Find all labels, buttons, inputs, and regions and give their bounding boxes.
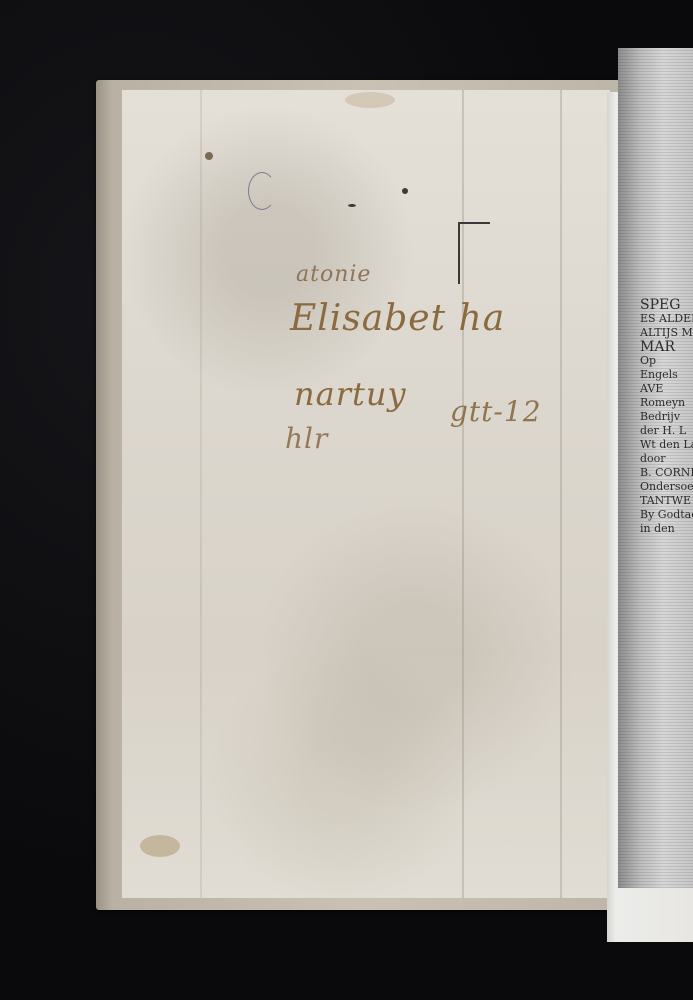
inscription-line-3: nartuy [294,375,407,413]
ink-spot [402,188,408,194]
inscription-line-2: Elisabet ha [290,298,505,339]
pastedown-paper [122,90,610,898]
paper-fold-line [462,90,464,898]
ink-spot [205,152,213,160]
paper-fold-line [560,90,562,898]
water-stain [140,835,180,857]
inscription-line-4: gtt-12 [450,395,542,428]
engraved-title-page: SPEG ES ALDER ALTIJS M MAR Op Engels AVE… [618,48,693,888]
engraved-title-text: SPEG ES ALDER ALTIJS M MAR Op Engels AVE… [640,298,693,536]
pencil-circle-mark [248,172,276,210]
inscription-line-5: hlr [285,422,328,455]
ink-spot [348,204,356,207]
paper-fold-line [200,90,202,898]
inscription-line-1: atonie [296,262,371,287]
ink-bracket-mark [458,222,490,284]
water-stain [345,92,395,108]
